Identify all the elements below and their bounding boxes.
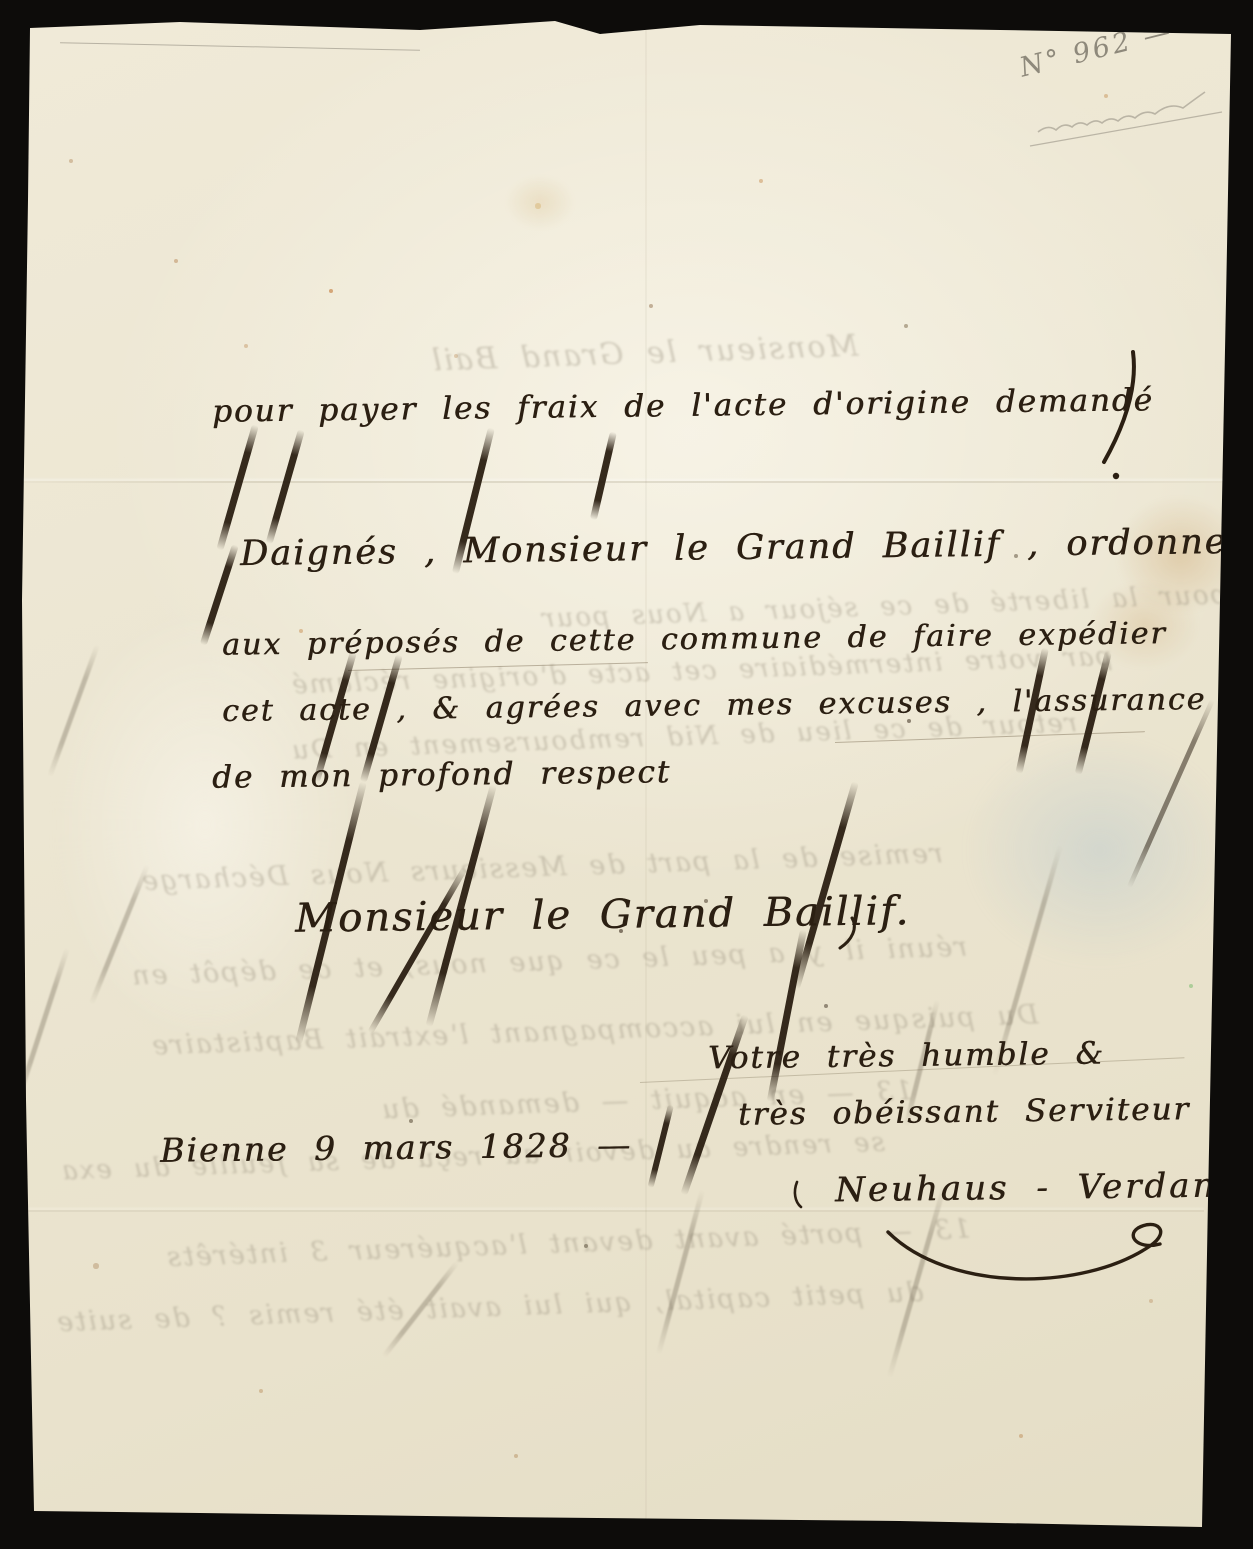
paper-fiber — [60, 42, 420, 51]
small-stain — [505, 175, 575, 230]
small-mark — [795, 1182, 801, 1207]
fold-crease — [24, 481, 1224, 483]
ink-stroke — [216, 424, 259, 551]
letter-line: Daignés , Monsieur le Grand Baillif , or… — [240, 522, 1246, 574]
letter-line: de mon profond respect — [212, 754, 672, 796]
exclamation-dot — [1113, 473, 1119, 479]
pencil-scribble — [1030, 92, 1222, 146]
date-line: Bienne 9 mars 1828 — — [160, 1125, 632, 1170]
ink-stroke — [590, 431, 617, 520]
paper-specks — [0, 0, 2, 2]
ink-stroke — [1127, 699, 1215, 888]
scanned-letter: Monsieur le Grand Bail pour la liberté d… — [0, 0, 1253, 1549]
ghost-line: réuni il y a peu le ce que nous, et ce d… — [130, 931, 968, 991]
ghost-stroke — [656, 1189, 705, 1355]
paper-sheet: Monsieur le Grand Bail pour la liberté d… — [0, 0, 1253, 1549]
ink-stroke — [266, 429, 305, 544]
ghost-line: du petit capital, qui lui avait été remi… — [55, 1277, 924, 1338]
letter-line: pour payer les fraix de l'acte d'origine… — [212, 382, 1154, 430]
ghost-stroke — [47, 644, 100, 777]
closing-line: très obéissant Serviteur — [738, 1091, 1191, 1133]
ghost-line: 13 — porté avant devant l'acquéreur 3 in… — [165, 1214, 972, 1273]
signature: Neuhaus - Verdan — [835, 1166, 1218, 1211]
pencil-number-annotation: N° 962 — — [1017, 15, 1177, 83]
blue-smudge — [960, 730, 1240, 970]
closing-line: Votre très humble & — [708, 1036, 1105, 1077]
ghost-line: Monsieur le Grand Bail — [430, 329, 859, 379]
ghost-stroke — [16, 947, 70, 1101]
fold-crease — [24, 1210, 1204, 1212]
